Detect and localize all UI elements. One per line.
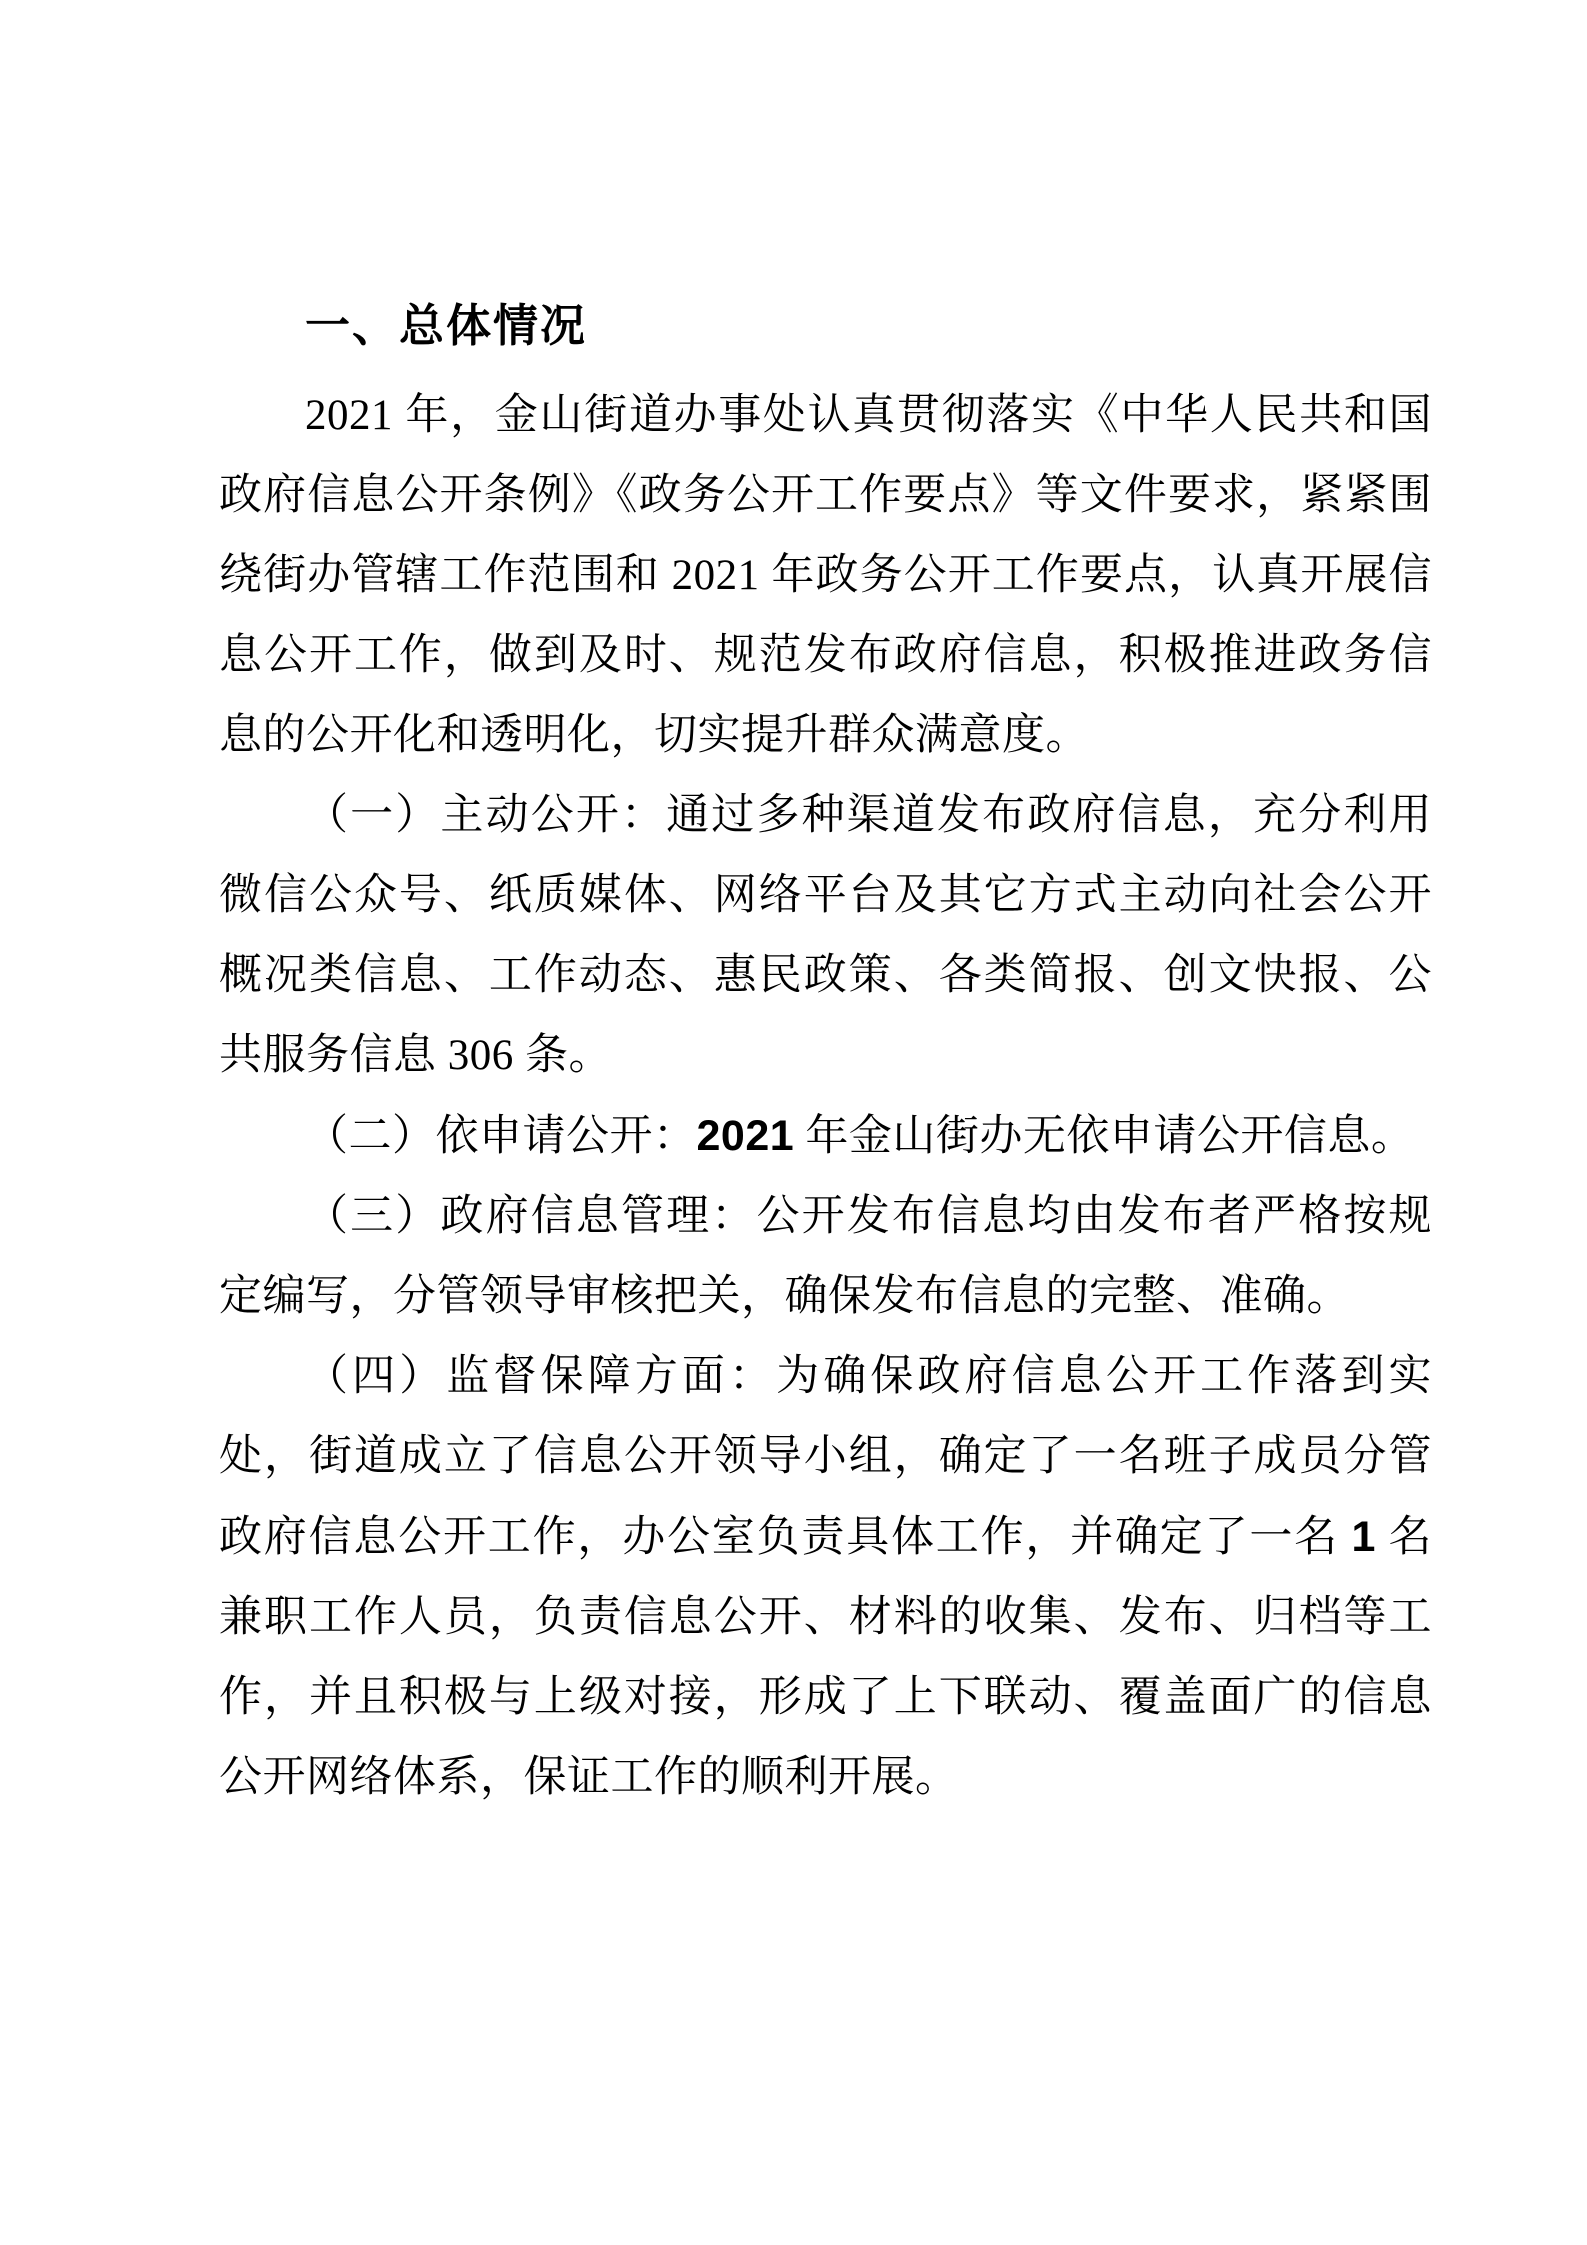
text-run: （四）监督保障方面：为确保政府信息公开工作落到实处，街道成立了信息公开领导小组，… bbox=[219, 1353, 1432, 1561]
text-run: （三）政府信息管理：公开发布信息均由发布者严格按规定编写，分管领导审核把关，确保… bbox=[219, 1193, 1432, 1320]
document-content: 一、总体情况 2021 年，金山街道办事处认真贯彻落实《中华人民共和国政府信息公… bbox=[219, 0, 1432, 1818]
section-heading: 一、总体情况 bbox=[219, 298, 1432, 354]
document-page: 一、总体情况 2021 年，金山街道办事处认真贯彻落实《中华人民共和国政府信息公… bbox=[0, 0, 1587, 2245]
paragraph-on-request-disclosure: （二）依申请公开：2021 年金山街办无依申请公开信息。 bbox=[219, 1096, 1432, 1177]
text-run: （二）依申请公开： bbox=[305, 1113, 697, 1160]
bold-number-1: 1 bbox=[1352, 1513, 1376, 1561]
paragraph-overview: 2021 年，金山街道办事处认真贯彻落实《中华人民共和国政府信息公开条例》《政务… bbox=[219, 376, 1432, 776]
bold-year-2021: 2021 bbox=[697, 1112, 795, 1160]
paragraph-active-disclosure: （一）主动公开：通过多种渠道发布政府信息，充分利用微信公众号、纸质媒体、网络平台… bbox=[219, 776, 1432, 1096]
paragraph-information-management: （三）政府信息管理：公开发布信息均由发布者严格按规定编写，分管领导审核把关，确保… bbox=[219, 1177, 1432, 1337]
document-body: 2021 年，金山街道办事处认真贯彻落实《中华人民共和国政府信息公开条例》《政务… bbox=[219, 376, 1432, 1818]
text-run: 2021 年，金山街道办事处认真贯彻落实《中华人民共和国政府信息公开条例》《政务… bbox=[219, 392, 1432, 759]
text-run: （一）主动公开：通过多种渠道发布政府信息，充分利用微信公众号、纸质媒体、网络平台… bbox=[219, 792, 1432, 1079]
paragraph-supervision-safeguards: （四）监督保障方面：为确保政府信息公开工作落到实处，街道成立了信息公开领导小组，… bbox=[219, 1337, 1432, 1818]
text-run: 年金山街办无依申请公开信息。 bbox=[794, 1113, 1414, 1160]
